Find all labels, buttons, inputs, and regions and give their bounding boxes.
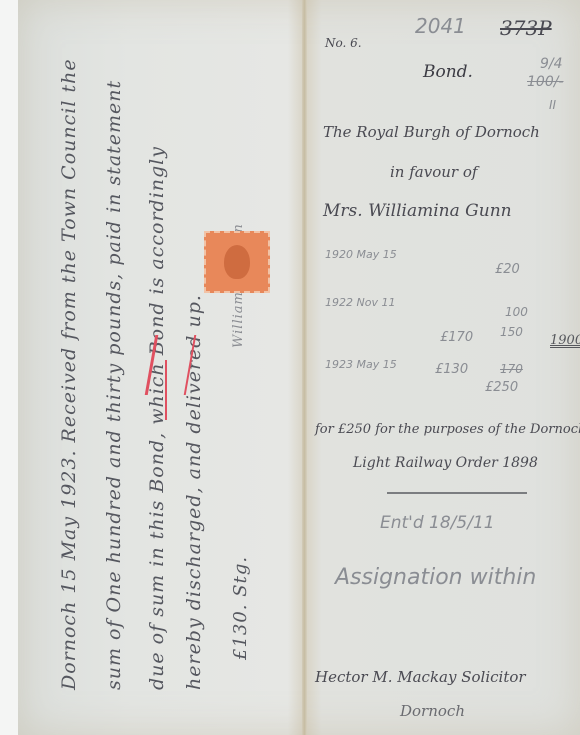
beneficiary-line: Mrs. Williamina Gunn — [323, 201, 512, 221]
document-title: Bond. — [423, 62, 473, 82]
reference-number: 2041 — [415, 14, 466, 38]
entered-note: Ent'd 18/5/11 — [380, 513, 495, 533]
account-calc-3a: 170 — [500, 362, 523, 376]
side-total: 1900 — [550, 333, 580, 348]
receipt-line-1: Dornoch 15 May 1923. Received from the T… — [58, 58, 80, 690]
scan-margin — [0, 0, 18, 735]
divider-rule — [387, 492, 527, 494]
bond-number: No. 6. — [325, 36, 362, 50]
account-amount-1: £20 — [495, 262, 520, 277]
price-crossed: 373P — [500, 16, 552, 40]
account-amount-2: £170 — [440, 330, 473, 345]
price-mark: II — [549, 98, 556, 112]
account-date-3: 1923 May 15 — [325, 358, 397, 371]
favour-line: in favour of — [390, 163, 477, 181]
receipt-line-2: sum of One hundred and thirty pounds, pa… — [103, 80, 125, 690]
account-date-1: 1920 May 15 — [325, 248, 397, 261]
assignation-note: Assignation within — [335, 565, 536, 590]
account-amount-3: £130 — [435, 362, 468, 377]
solicitor-signature: Hector M. Mackay Solicitor — [315, 668, 526, 686]
right-panel: No. 6. 2041 373P 9/4 100/- II Bond. The … — [305, 0, 580, 735]
red-strike-line — [165, 360, 167, 420]
issuer-line: The Royal Burgh of Dornoch — [323, 123, 540, 141]
purpose-line-2: Light Railway Order 1898 — [353, 455, 538, 471]
stamp-portrait-icon — [224, 245, 250, 279]
place-name: Dornoch — [400, 702, 465, 720]
account-date-2: 1922 Nov 11 — [325, 296, 395, 309]
account-calc-3b: £250 — [485, 380, 518, 395]
postage-stamp — [204, 231, 270, 293]
receipt-amount: £130. Stg. — [230, 556, 251, 660]
account-calc-2a: 100 — [505, 305, 528, 319]
price-annotation-new: 9/4 — [540, 56, 563, 72]
price-annotation-old: 100/- — [527, 74, 564, 90]
purpose-line-1: for £250 for the purposes of the Dornoch — [315, 422, 580, 437]
account-calc-2b: 150 — [500, 325, 523, 339]
